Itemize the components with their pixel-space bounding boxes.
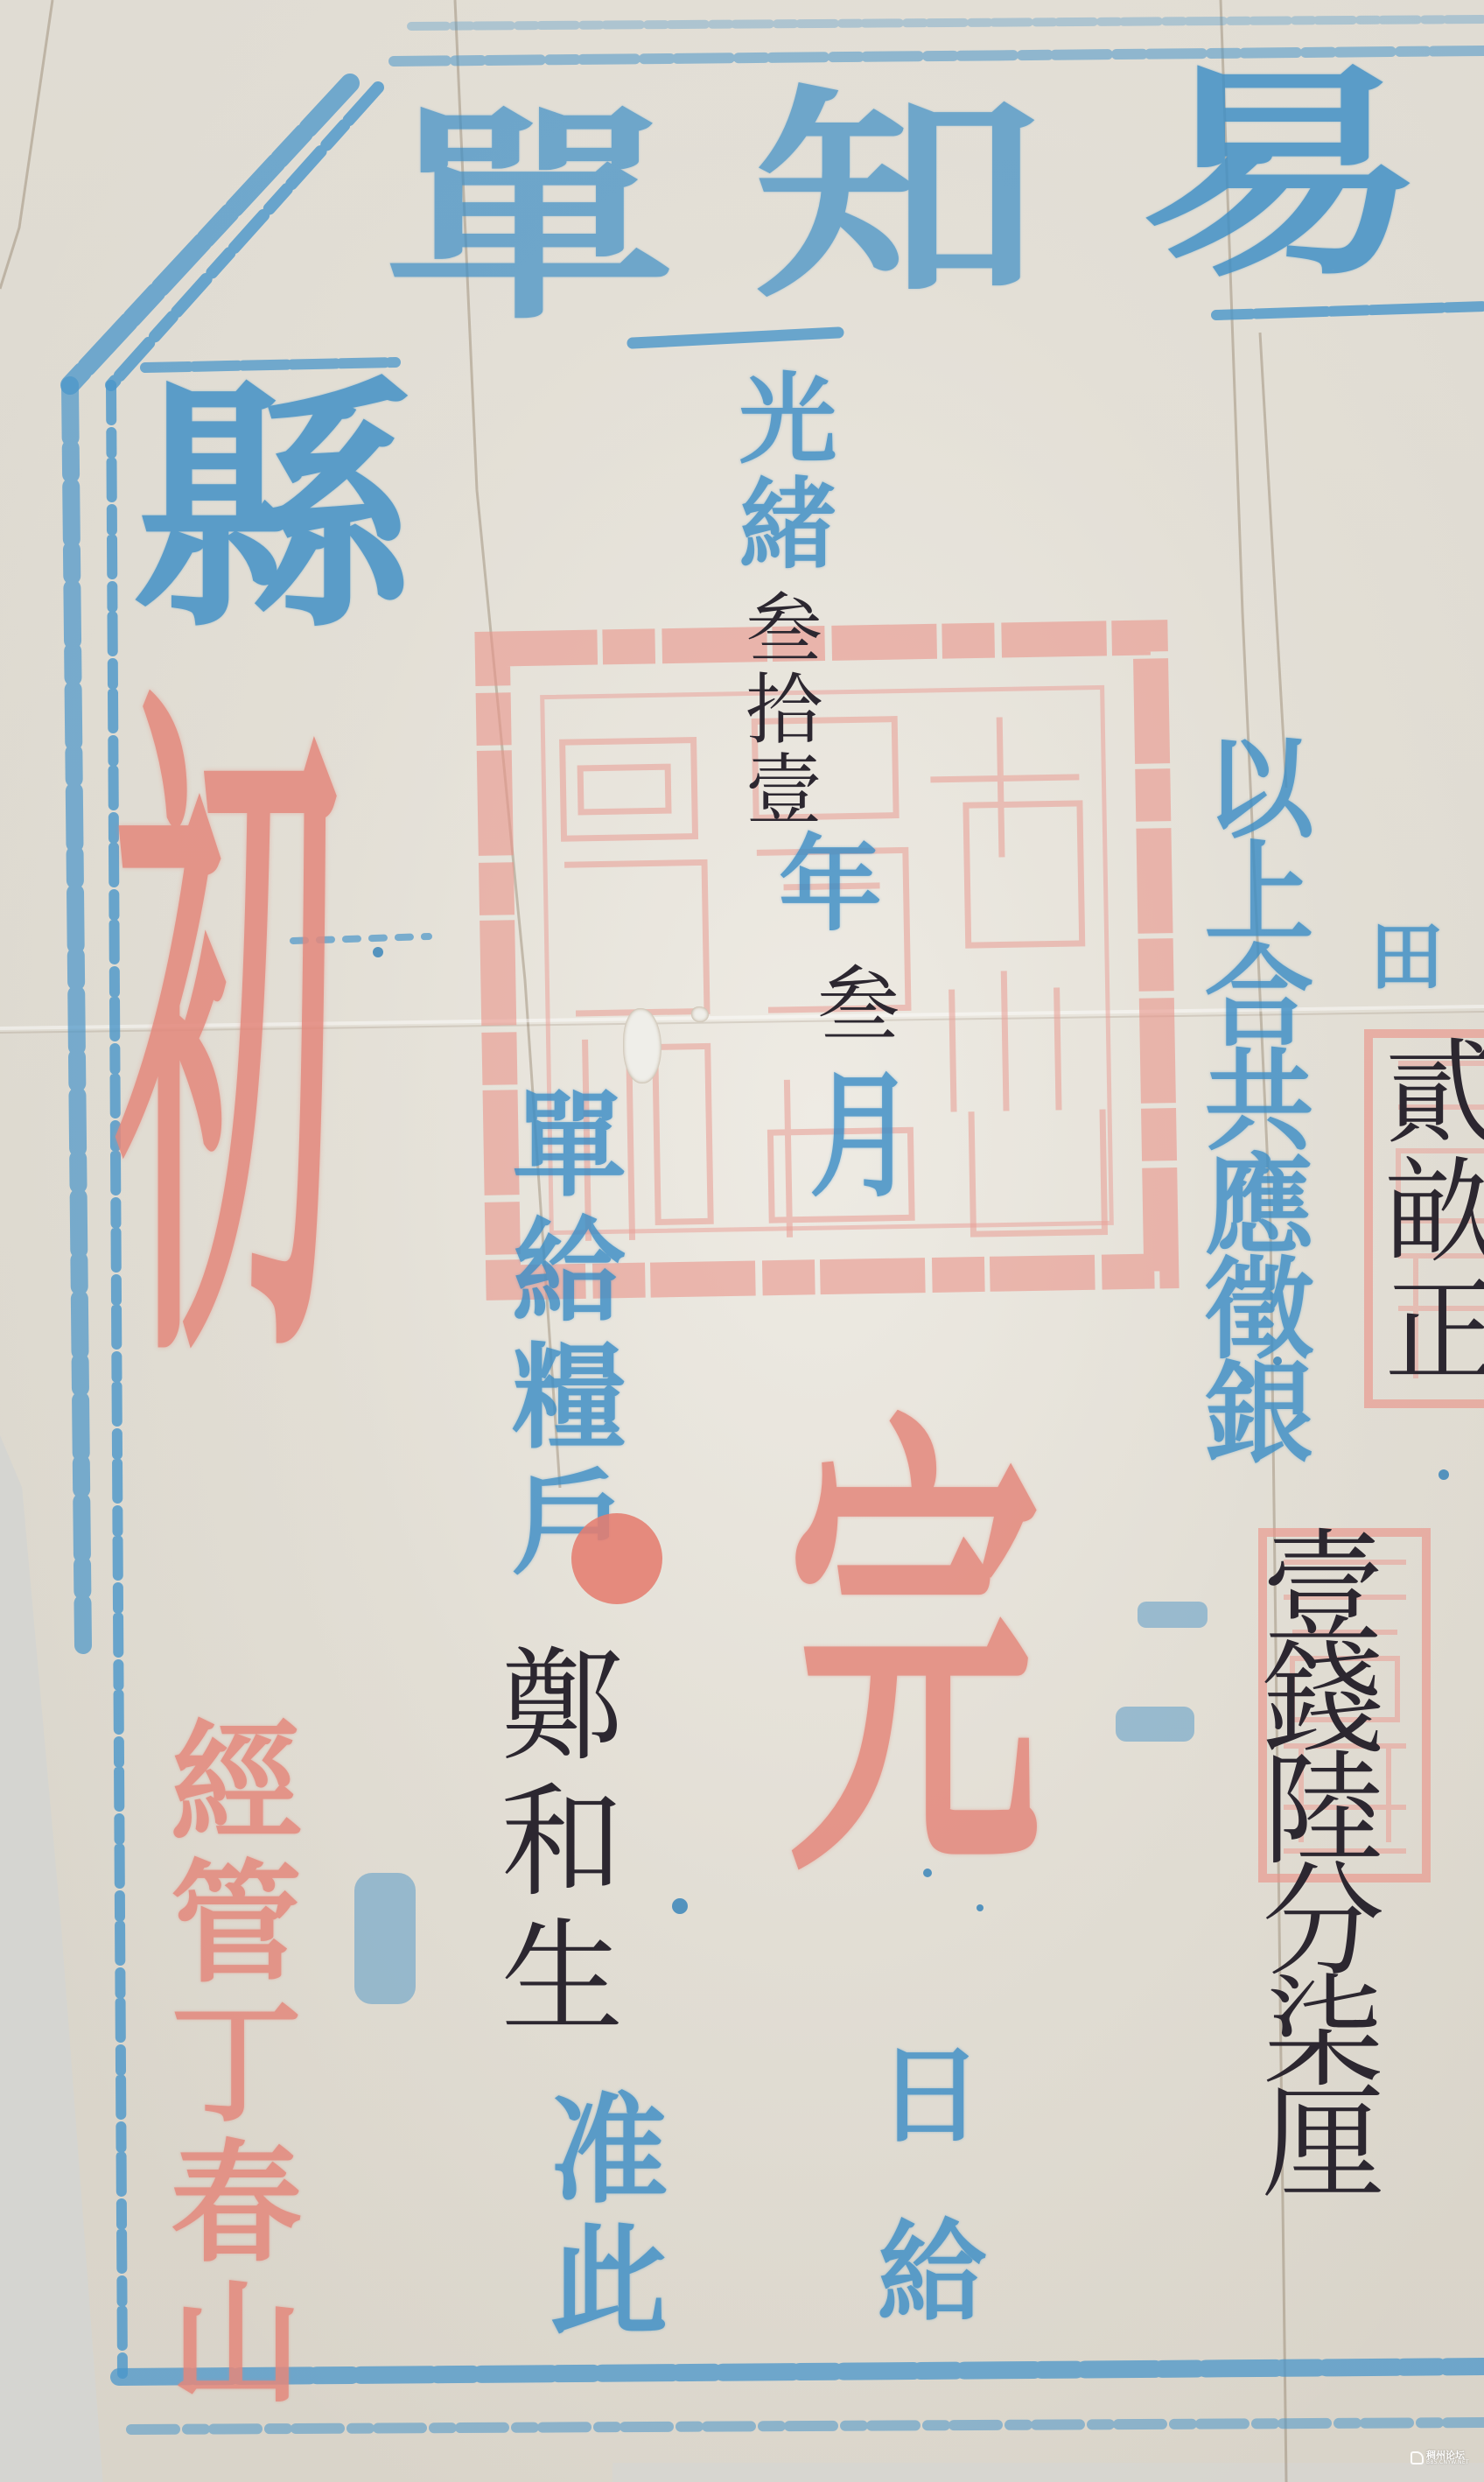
county-label: 縣 — [133, 376, 413, 642]
manager-name: 經管丁春山 — [159, 1714, 290, 2414]
ink-speck — [373, 947, 383, 957]
ink-speck — [672, 1898, 688, 1914]
recipient-prefix: 單給糧戶 — [503, 1085, 617, 1589]
watermark: 稠州论坛 BBS.CNYW.NET — [1410, 2450, 1469, 2465]
header-char-3: 單 — [385, 105, 674, 330]
watermark-text: 稠州论坛 BBS.CNYW.NET — [1426, 2450, 1469, 2465]
crease-line — [1260, 333, 1286, 788]
paid-red-mark: 完 — [787, 1413, 1041, 1896]
left-border-outer — [70, 385, 83, 1645]
backdrop-bottom-edge — [612, 2463, 1484, 2482]
header-underline — [1216, 306, 1484, 315]
ink-smudge — [1116, 1707, 1194, 1742]
watermark-site-url: BBS.CNYW.NET — [1426, 2460, 1469, 2465]
large-red-mark: 初 — [115, 696, 339, 1388]
bottom-border-line — [119, 2366, 1484, 2377]
backdrop-left-edge — [0, 1435, 122, 2482]
date-month-label: 月 — [801, 1063, 906, 1200]
paper-hole — [691, 1006, 709, 1022]
ink-smudge — [354, 1873, 416, 2004]
tax-total-label: 以上合共應徵銀 — [1194, 731, 1304, 1460]
land-label: 田 — [1369, 921, 1444, 995]
top-border-line — [411, 19, 1484, 26]
tax-receipt-document: 易 知 單 縣 初 經管丁春山 光緒 叁拾壹 年 叁 月 單給糧戶 鄭和生 准此… — [0, 0, 1484, 2482]
header-char-2: 知 — [752, 83, 1041, 308]
tax-amount: 壹錢陸分柒厘 — [1251, 1523, 1374, 2190]
crease-line — [0, 0, 52, 289]
ink-speck — [1438, 1469, 1449, 1480]
bottom-border-line — [131, 2422, 1484, 2429]
date-era: 光緒 — [731, 368, 829, 578]
date-month-number: 叁 — [809, 961, 892, 1044]
watermark-logo-icon — [1410, 2451, 1424, 2464]
day-label: 日 — [878, 2044, 983, 2149]
header-char-1: 易 — [1137, 61, 1426, 286]
diagonal-border-inner — [111, 88, 378, 385]
payer-name: 鄭和生 — [490, 1641, 612, 2048]
diagonal-border-outer — [70, 83, 350, 385]
round-red-seal — [571, 1513, 662, 1604]
date-year-label: 年 — [770, 830, 873, 933]
date-year-number: 叁拾壹 — [739, 588, 816, 830]
land-area: 貳畝正 — [1375, 1033, 1484, 1390]
issued-label: 給 — [878, 2219, 987, 2328]
recipient-suffix: 准此 — [541, 2087, 659, 2350]
ink-smudge — [1137, 1602, 1207, 1628]
paper-hole — [623, 1008, 661, 1083]
